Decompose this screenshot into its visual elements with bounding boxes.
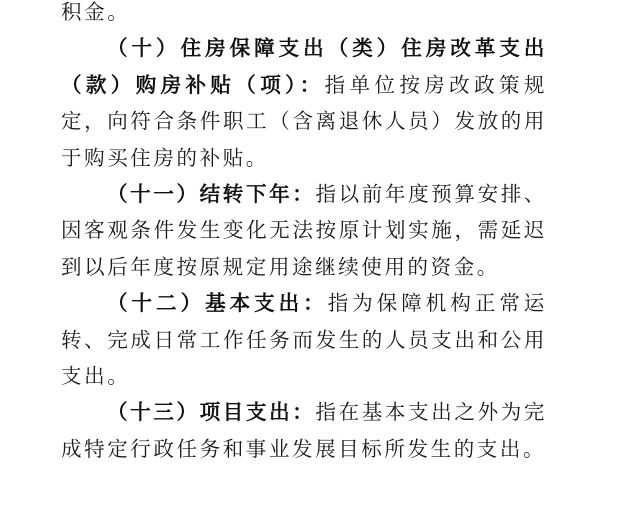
document-page: 积金。 （十）住房保障支出（类）住房改革支出（款）购房补贴（项）：指单位按房改政…	[61, 0, 547, 467]
term-project-expenditure: （十三）项目支出：	[107, 400, 315, 424]
paragraph-carryover: （十一）结转下年：指以前年度预算安排、因客观条件发生变化无法按原计划实施，需延迟…	[61, 176, 547, 285]
paragraph-body: 积金。	[61, 0, 130, 24]
paragraph-housing-subsidy: （十）住房保障支出（类）住房改革支出（款）购房补贴（项）：指单位按房改政策规定，…	[61, 30, 547, 176]
paragraph-continuation: 积金。	[61, 0, 547, 30]
paragraph-basic-expenditure: （十二）基本支出：指为保障机构正常运转、完成日常工作任务而发生的人员支出和公用支…	[61, 285, 547, 394]
term-basic-expenditure: （十二）基本支出：	[107, 291, 328, 315]
term-carryover: （十一）结转下年：	[107, 182, 315, 206]
paragraph-project-expenditure: （十三）项目支出：指在基本支出之外为完成特定行政任务和事业发展目标所发生的支出。	[61, 394, 547, 467]
